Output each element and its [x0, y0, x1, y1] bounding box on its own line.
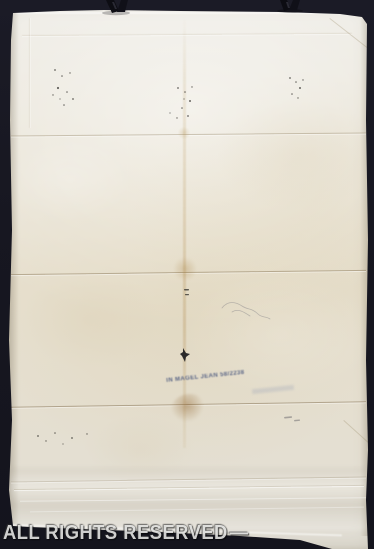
- watermark-dash: —: [230, 522, 249, 544]
- dark-blob-mark: [180, 348, 190, 362]
- faint-dash-marks: [284, 416, 300, 421]
- watermark: ALL RIGHTS RESERVED—: [3, 521, 249, 545]
- paper-marks-overlay: [0, 0, 374, 549]
- pencil-scribble: [222, 303, 270, 320]
- binder-clip-right: [277, 0, 303, 13]
- binder-clip-left: [102, 0, 130, 15]
- center-fold-marks: [184, 289, 189, 295]
- poster-back-sheet: IN MAGEL JEAN 58/2238: [0, 0, 374, 549]
- watermark-text: ALL RIGHTS RESERVED: [3, 522, 228, 544]
- photo-backdrop: IN MAGEL JEAN 58/2238 ALL RIGHTS RESERVE…: [0, 0, 374, 549]
- binder-clips-overlay: [0, 0, 374, 24]
